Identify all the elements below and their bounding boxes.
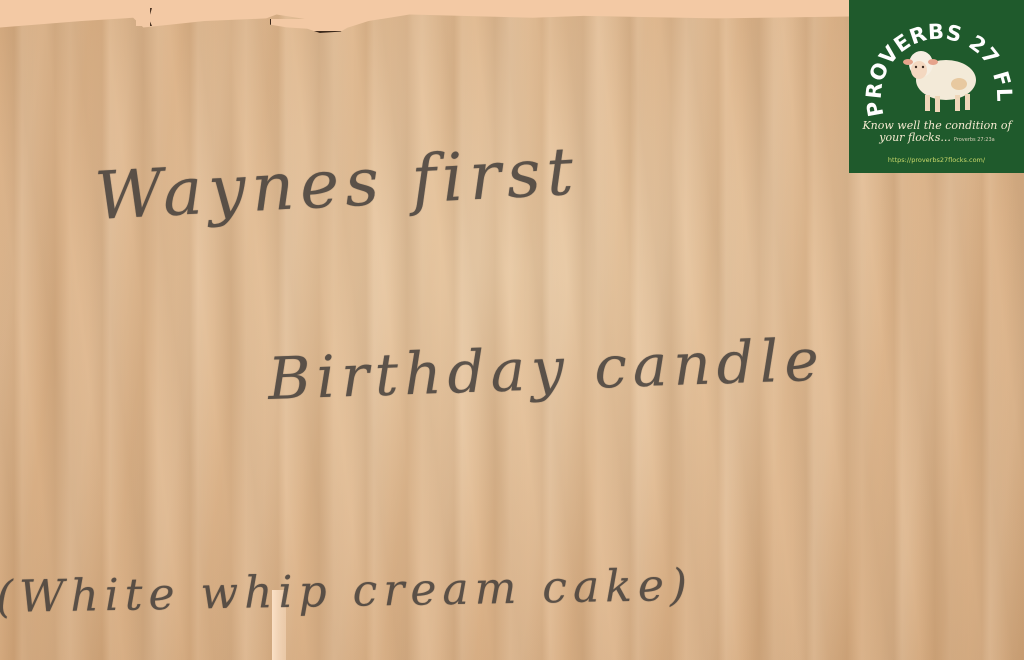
sheep-icon — [903, 51, 976, 112]
logo-graphic: PROVERBS 27 FLOCKS — [849, 0, 1024, 173]
watermark-logo: PROVERBS 27 FLOCKS Know well the conditi… — [849, 0, 1024, 173]
logo-url: https://proverbs27flocks.com/ — [849, 156, 1024, 164]
tagline-line-2: your flocks... — [879, 131, 951, 144]
logo-tagline: Know well the condition of your flocks..… — [853, 120, 1021, 146]
paper-notch — [136, 8, 152, 26]
verse-reference: Proverbs 27:23a — [954, 137, 995, 143]
